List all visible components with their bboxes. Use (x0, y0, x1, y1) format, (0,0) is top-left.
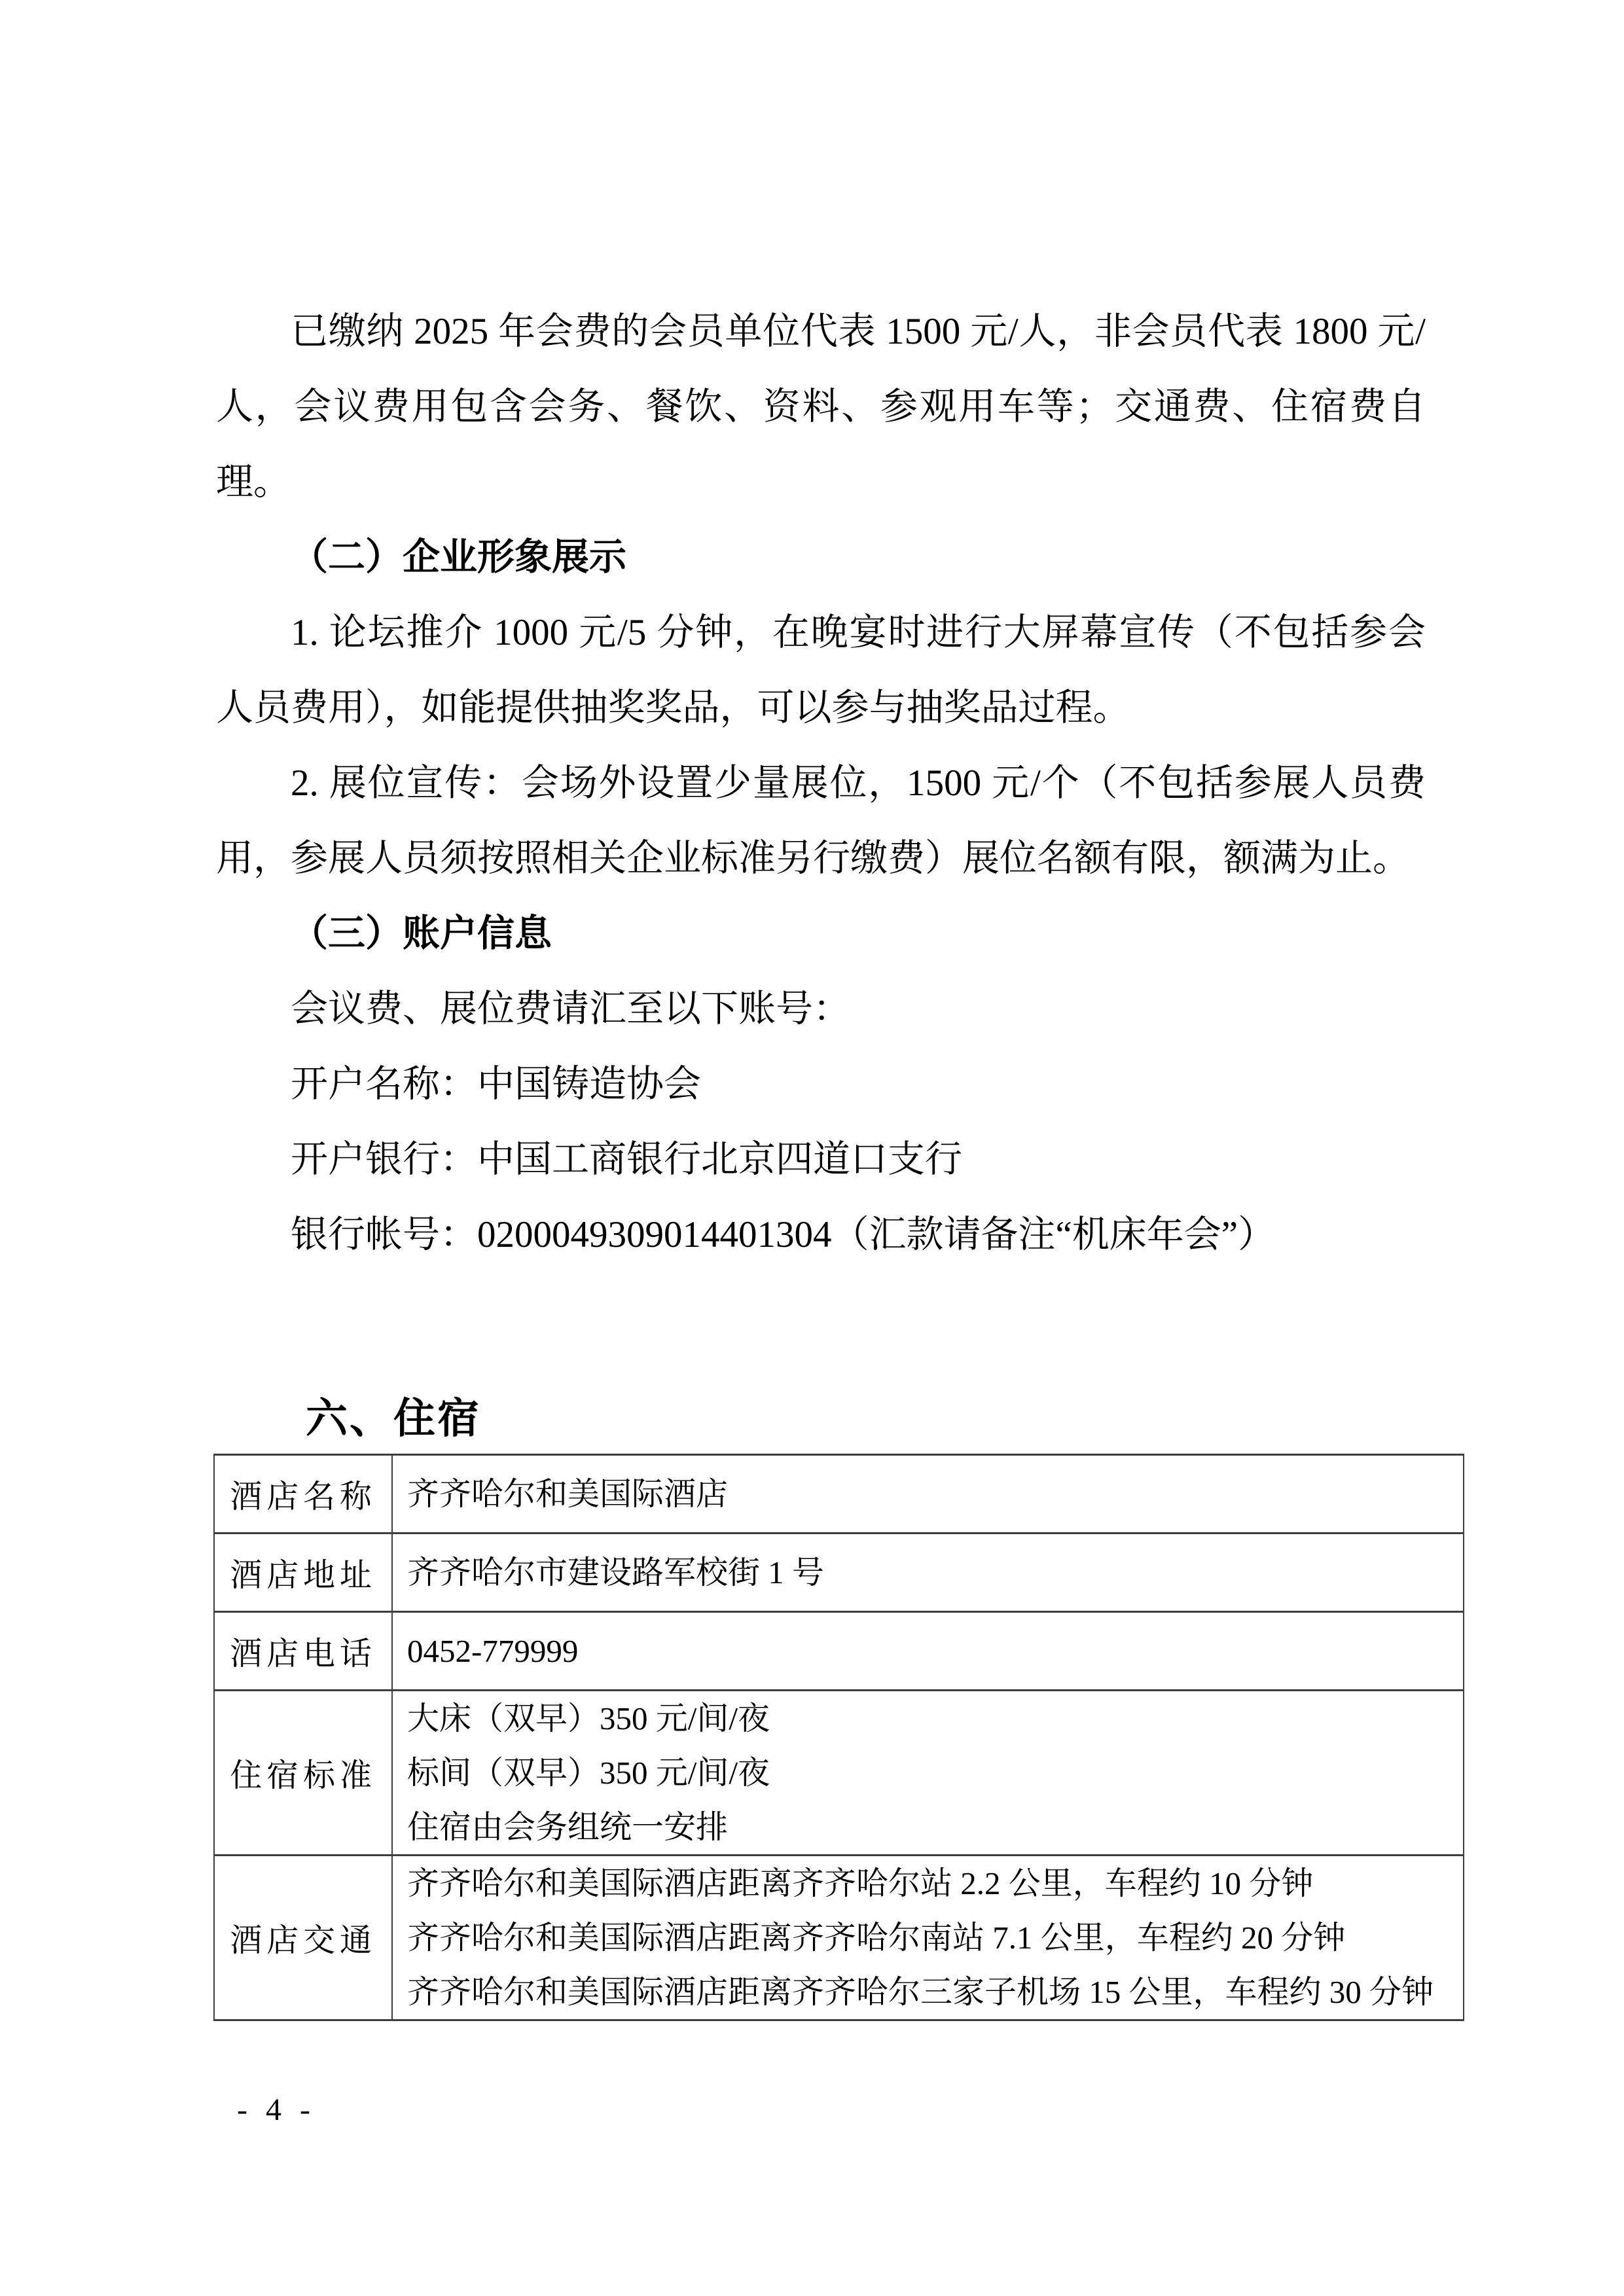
row-label: 酒店名称 (214, 1455, 392, 1534)
table-row-hotel-transport: 酒店交通 齐齐哈尔和美国际酒店距离齐齐哈尔站 2.2 公里，车程约 10 分钟 … (214, 1856, 1464, 2020)
document-page: 已缴纳 2025 年会费的会员单位代表 1500 元/人，非会员代表 1800 … (0, 0, 1624, 2296)
row-label: 酒店地址 (214, 1534, 392, 1612)
bank-name-line: 开户银行：中国工商银行北京四道口支行 (216, 1122, 1426, 1197)
row-label: 酒店电话 (214, 1612, 392, 1691)
fee-paragraph: 已缴纳 2025 年会费的会员单位代表 1500 元/人，非会员代表 1800 … (216, 294, 1426, 520)
bank-account-line: 银行帐号：0200049309014401304（汇款请备注“机床年会”） (216, 1197, 1426, 1272)
cell-line: 齐齐哈尔和美国际酒店距离齐齐哈尔三家子机场 15 公里，车程约 30 分钟 (407, 1965, 1455, 2019)
table-row-hotel-phone: 酒店电话 0452-779999 (214, 1612, 1464, 1691)
section3-heading: （三）账户信息 (216, 896, 1426, 971)
row-value: 大床（双早）350 元/间/夜 标间（双早）350 元/间/夜 住宿由会务组统一… (392, 1691, 1464, 1856)
cell-line: 齐齐哈尔和美国际酒店距离齐齐哈尔站 2.2 公里，车程约 10 分钟 (407, 1856, 1455, 1910)
page-number: - 4 - (237, 2092, 316, 2128)
page-body: 已缴纳 2025 年会费的会员单位代表 1500 元/人，非会员代表 1800 … (216, 294, 1426, 1272)
hotel-info-table: 酒店名称 齐齐哈尔和美国际酒店 酒店地址 齐齐哈尔市建设路军校街 1 号 酒店电… (213, 1454, 1464, 2021)
cell-line: 标间（双早）350 元/间/夜 (407, 1746, 1455, 1800)
table-row-hotel-name: 酒店名称 齐齐哈尔和美国际酒店 (214, 1455, 1464, 1534)
cell-line: 齐齐哈尔市建设路军校街 1 号 (407, 1545, 1455, 1600)
row-value: 齐齐哈尔市建设路军校街 1 号 (392, 1534, 1464, 1612)
cell-line: 0452-779999 (407, 1624, 1455, 1678)
row-label: 住宿标准 (214, 1691, 392, 1856)
cell-line: 住宿由会务组统一安排 (407, 1800, 1455, 1854)
cell-line: 齐齐哈尔和美国际酒店 (407, 1467, 1455, 1521)
row-label: 酒店交通 (214, 1856, 392, 2020)
row-value: 齐齐哈尔和美国际酒店 (392, 1455, 1464, 1534)
table-row-room-rates: 住宿标准 大床（双早）350 元/间/夜 标间（双早）350 元/间/夜 住宿由… (214, 1691, 1464, 1856)
table-row-hotel-address: 酒店地址 齐齐哈尔市建设路军校街 1 号 (214, 1534, 1464, 1612)
section6-heading: 六、住宿 (306, 1395, 481, 1441)
forum-promo-item: 1. 论坛推介 1000 元/5 分钟，在晚宴时进行大屏幕宣传（不包括参会人员费… (216, 595, 1426, 745)
row-value: 0452-779999 (392, 1612, 1464, 1691)
remit-instruction-line: 会议费、展位费请汇至以下账号： (216, 971, 1426, 1047)
row-value: 齐齐哈尔和美国际酒店距离齐齐哈尔站 2.2 公里，车程约 10 分钟 齐齐哈尔和… (392, 1856, 1464, 2020)
section2-heading: （二）企业形象展示 (216, 520, 1426, 595)
booth-promo-item: 2. 展位宣传：会场外设置少量展位，1500 元/个（不包括参展人员费用，参展人… (216, 745, 1426, 896)
cell-line: 齐齐哈尔和美国际酒店距离齐齐哈尔南站 7.1 公里，车程约 20 分钟 (407, 1910, 1455, 1965)
cell-line: 大床（双早）350 元/间/夜 (407, 1691, 1455, 1746)
account-name-line: 开户名称：中国铸造协会 (216, 1047, 1426, 1122)
